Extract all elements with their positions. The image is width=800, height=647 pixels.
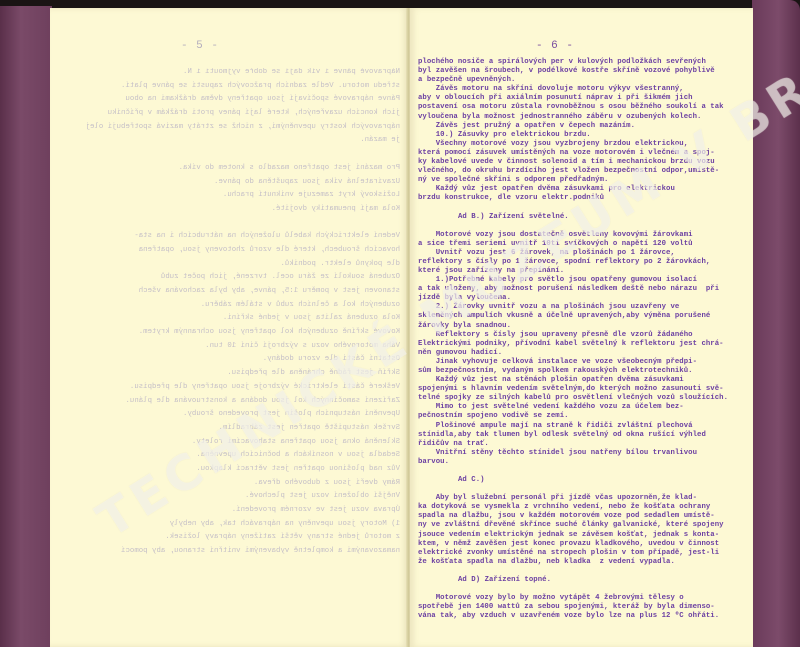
text-line: ný ve společné skříni s odporem předřadn… bbox=[418, 176, 728, 185]
text-line: a sice třemi seriemi uvnitř 10ti svíčkov… bbox=[418, 240, 728, 249]
bleed-through-line: Vnější obložení vozu jest plechové. bbox=[60, 492, 400, 501]
bleed-through-line: Pánve nápravové spočívají jsou opatřeny … bbox=[60, 95, 400, 104]
text-line: 2.) Žárovky uvnitř vozu a na plošinách j… bbox=[418, 303, 728, 312]
bleed-through-line: Veškeré části elektrické výzbroje jsou o… bbox=[60, 383, 400, 392]
text-line: spotřebě jen 1400 wattů za sebou spojený… bbox=[418, 603, 728, 612]
left-page-number: - 5 - bbox=[50, 40, 350, 52]
bleed-through-line: Svršek nástupiště opatřen jest zábradlím… bbox=[60, 424, 400, 433]
text-line: Vnitřní stěny těchto stínidel jsou natře… bbox=[418, 449, 728, 458]
text-line: skleněných ampulích vkusně a účelně upra… bbox=[418, 312, 728, 321]
text-line: Motorové vozy bylo by možno vytápět 4 že… bbox=[418, 594, 728, 603]
text-line: 1.)Potřebné kabely pro světlo jsou opatř… bbox=[418, 276, 728, 285]
text-line: Každý vůz jest opatřen dvěma zásuvkami p… bbox=[418, 185, 728, 194]
text-line: něn gumovou hadicí. bbox=[418, 349, 728, 358]
bleed-through-line: Zařízení samočinných kol jsou dodána a k… bbox=[60, 397, 400, 406]
bleed-through-line: Vůz nad plošinou opatřen jest větrací kl… bbox=[60, 465, 400, 474]
text-line: Aby byl služební personál při jízdě včas… bbox=[418, 494, 728, 503]
text-line: spojenými s hlavním vedením světelným,do… bbox=[418, 385, 728, 394]
bleed-through-line: Ložiskový kryt zamezuje vniknutí prachu. bbox=[60, 191, 400, 200]
bleed-through-line: Upevnění nástupních plošin jest proveden… bbox=[60, 410, 400, 419]
bleed-through-line: Skříň jest řádně chráněna dle předpisu. bbox=[60, 369, 400, 378]
bleed-through-line: Kola ozubená zalita jsou v jedné skříni. bbox=[60, 314, 400, 323]
bleed-through-line: Ostatní části dle vzoru dodány. bbox=[60, 355, 400, 364]
text-line: postavení osa motoru zůstala rovnoběžnou… bbox=[418, 103, 728, 112]
bleed-through-line: Úprava vozu jest ve vzorném provedení. bbox=[60, 506, 400, 515]
bleed-through-line: Skleněná okna jsou opatřena stahovacími … bbox=[60, 438, 400, 447]
bleed-through-line: hovacích šroubech, které dle vzorů zhoto… bbox=[60, 246, 400, 255]
text-line: telné spojky ze silných kabelů pro osvět… bbox=[418, 394, 728, 403]
bleed-through-line: z motorů jedné strany větší zatíženy náp… bbox=[60, 533, 400, 542]
text-line: vyloučena byla možnost jednostranného zá… bbox=[418, 113, 728, 122]
text-line: vlečného, do okruhu brzdícího jest vlože… bbox=[418, 167, 728, 176]
bleed-through-line: ozubených kol a čelních zubů v stálém zá… bbox=[60, 301, 400, 310]
text-line: jsouce vedením elektrickým jednak se záv… bbox=[418, 531, 728, 540]
bleed-through-line: Kola mají pneumatiky dvojité. bbox=[60, 205, 400, 214]
bleed-through-line: Váha motorového vozu s výzbrojí činí 10 … bbox=[60, 342, 400, 351]
text-line: které jsou zařízeny na přepínání. bbox=[418, 267, 728, 276]
text-line: že košťata spadla na dlažbu, neb kladka … bbox=[418, 558, 728, 567]
text-line: brzdu konstrukce, dle vzoru elektr.podni… bbox=[418, 194, 728, 203]
bleed-through-line: jich koncích uzavřených, které lají páne… bbox=[60, 109, 400, 118]
text-line: Reflektory s čísly jsou upraveny přesně … bbox=[418, 331, 728, 340]
bleed-through-line: dle pokynů elektr. podniků. bbox=[60, 260, 400, 269]
text-line: ny ve zvláštní dřevěné skřínce suché člá… bbox=[418, 521, 728, 530]
text-line: byl zavěšen na šroubech, v podélkové kos… bbox=[418, 67, 728, 76]
text-line: 10.) Zásuvky pro elektrickou brzdu. bbox=[418, 131, 728, 140]
bleed-through-line bbox=[60, 150, 400, 159]
text-line: ky kabelové uvede v činnost solenoid a t… bbox=[418, 158, 728, 167]
text-line: reflektory s čísly po 1 žárovce, spodní … bbox=[418, 258, 728, 267]
text-line: ktem, v němž zavěšen jest konec provazu … bbox=[418, 540, 728, 549]
right-page-body-text: plochého nosiče a spirálových per v kulo… bbox=[418, 58, 728, 621]
text-line: která pomocí zásuvek umístěných na voze … bbox=[418, 149, 728, 158]
bleed-through-line bbox=[60, 219, 400, 228]
text-line: Mimo to jest světelné vedení každého voz… bbox=[418, 403, 728, 412]
text-line: a bezpečně upevněných. bbox=[418, 76, 728, 85]
text-line: vána tak, aby vzduch v uzavřeném voze by… bbox=[418, 612, 728, 621]
text-line: plochého nosiče a spirálových per v kulo… bbox=[418, 58, 728, 67]
right-page-number: - 6 - bbox=[410, 40, 700, 52]
bleed-through-line: středu motoru. Vedle zadních pražcových … bbox=[60, 82, 400, 91]
document-spread: - 5 - Nápravové pánve i vík dají se dobř… bbox=[0, 0, 800, 647]
text-line: řidičův na trať. bbox=[418, 440, 728, 449]
binding-cover-right bbox=[752, 0, 800, 647]
text-line: Elektrickými podniky, přívodní kabel svě… bbox=[418, 340, 728, 349]
right-page: - 6 - plochého nosiče a spirálových per … bbox=[410, 8, 753, 647]
text-line: jízdě byla vyloučena. bbox=[418, 294, 728, 303]
text-line: elektrické zvonky umístěné na stropech p… bbox=[418, 549, 728, 558]
section-heading: Ad D) Zařízení topné. bbox=[418, 576, 728, 585]
text-line: Každý vůz jest na stěnách plošin opatřen… bbox=[418, 376, 728, 385]
left-page: - 5 - Nápravové pánve i vík dají se dobř… bbox=[50, 8, 408, 647]
text-line: pečnostním spojeno vodivě se zemí. bbox=[418, 412, 728, 421]
section-heading: Ad C.) bbox=[418, 476, 728, 485]
bleed-through-line: je mazán. bbox=[60, 136, 400, 145]
text-line: sům bezpečnostním, vydaným spolkem rakou… bbox=[418, 367, 728, 376]
text-line: aby v obloucích při axiálním posunutí ná… bbox=[418, 94, 728, 103]
bleed-through-line: Uzavíratelná víka jsou zapuštěna do pánv… bbox=[60, 178, 400, 187]
text-line: barvou. bbox=[418, 458, 728, 467]
bleed-through-line: Vedení elektrických kabelů uložených na … bbox=[60, 232, 400, 241]
bleed-through-line: Nápravové pánve i vík dají se dobře vyjm… bbox=[60, 68, 400, 77]
text-line: ka dotyková se vysmekla z vrchního veden… bbox=[418, 503, 728, 512]
bleed-through-line: 1) Motory jsou upevněny na nápravách tak… bbox=[60, 520, 400, 529]
bleed-through-line: Sedadla jsou v nosníkách a bočnicích upe… bbox=[60, 451, 400, 460]
text-line: žárovky byla snadnou. bbox=[418, 322, 728, 331]
text-line: Motorové vozy jsou dostatečně osvětleny … bbox=[418, 231, 728, 240]
text-line: a tak uloženy, aby možnost porušení násl… bbox=[418, 285, 728, 294]
bleed-through-line: namazovanými a kompletně vybavenými vnit… bbox=[60, 547, 400, 556]
bleed-through-line: Pro mazání jest opatřeno mazadlo s knote… bbox=[60, 164, 400, 173]
bleed-through-line: Rámy dveří jsou z dubového dřeva. bbox=[60, 479, 400, 488]
bleed-through-line: Ozubená soukolí ze žáru ocel. tvrzené, j… bbox=[60, 273, 400, 282]
text-line: Závěs jest pružný a opatřen v čepech maz… bbox=[418, 122, 728, 131]
left-page-bleed-through-text: Nápravové pánve i vík dají se dobře vyjm… bbox=[60, 68, 400, 561]
bleed-through-line: Kovové skříně ozubených kol opatřeny jso… bbox=[60, 328, 400, 337]
text-line: spadla na dlažbu, jsou v každém motorové… bbox=[418, 512, 728, 521]
bleed-through-line: nápravových kostry upevněnými, z nichž s… bbox=[60, 123, 400, 132]
text-line: stínidla,aby tak tlumen byl odlesk světe… bbox=[418, 431, 728, 440]
text-line: Závěs motoru na skříni dovoluje motoru v… bbox=[418, 85, 728, 94]
section-heading: Ad B.) Zařízení světelné. bbox=[418, 213, 728, 222]
text-line: Jinak vyhovuje celková instalace ve voze… bbox=[418, 358, 728, 367]
text-line: Všechny motorové vozy jsou vyzbrojeny br… bbox=[418, 140, 728, 149]
text-line: Plošinové ampule mají na straně k řidiči… bbox=[418, 422, 728, 431]
binding-cover-left bbox=[0, 6, 52, 647]
text-line: Uvnitř vozu jest 6 žárovek, na plošinách… bbox=[418, 249, 728, 258]
bleed-through-line: stanoven jest v poměru 1:5, pánve, aby b… bbox=[60, 287, 400, 296]
